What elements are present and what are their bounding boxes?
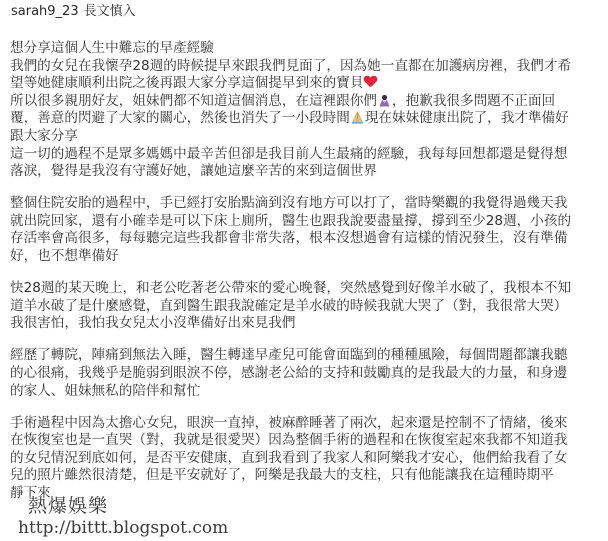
text-line: 快28週的某天晚上，和老公吃著老公帶來的愛心晚餐，突然感覺到好像羊水破了，我根本… [10,280,602,298]
text-line: 跟大家分享 [10,128,602,146]
text-segment: ，抱歉我很多問題不正面回 [392,93,555,109]
paragraph-1: 想分享這個人生中難忘的早產經驗 我們的女兒在我懷孕28週的時候提早來跟我們見面了… [10,40,602,181]
text-line: 就出院回家，還有小確幸是可以下床上廁所，醫生也跟我說要盡量撐，撐到至少28週，小… [10,213,602,231]
caption-intro: 長文慎入 [84,4,136,19]
text-line: 在恢復室也是一直哭（對，我就是很愛哭）因為整個手術的過程和在恢復室起來我都不知道… [10,432,602,450]
paragraph-5: 手術過程中因為太擔心女兒，眼淚一直掉，被麻醉睡著了兩次，起來還是控制不了情緒，後… [10,415,602,503]
text-line: 手術過程中因為太擔心女兒，眼淚一直掉，被麻醉睡著了兩次，起來還是控制不了情緒，後… [10,415,602,433]
text-line: 我們的女兒在我懷孕28週的時候提早來跟我們見面了，因為她一直都在加護病房裡，我們… [10,58,602,76]
username[interactable]: sarah9_23 [11,4,79,19]
paragraph-2: 整個住院安胎的過程中，手已經打安胎點滴到沒有地方可以打了，當時樂觀的我覺得過幾天… [10,195,602,265]
text-line: 我很害怕，我怕我女兒太小沒準備好出來見我們 [10,315,602,333]
text-line: 的心很痛，我幾乎是脆弱到眼淚不停，感謝老公給的支持和鼓勵真的是我最大的力量，和身… [10,365,602,383]
text-segment: 望等她健康順利出院之後再跟大家分享這個提早到來的寶貝 [10,75,363,91]
text-segment: 所以很多親朋好友，姐妹們都不知道這個消息，在這裡跟你們 [10,93,377,109]
text-segment: 覆，善意的閃避了大家的關心，然後也消失了一小段時間 [10,110,350,126]
text-line: 這一切的過程不是眾多媽媽中最辛苦但卻是我目前人生最痛的經驗，我每每回想都還是覺得… [10,146,602,164]
text-segment: 現在妹妹健康出院了，我才準備好 [365,110,569,126]
post-body: 想分享這個人生中難忘的早產經驗 我們的女兒在我懷孕28週的時候提早來跟我們見面了… [10,40,602,517]
post-screenshot: sarah9_23長文慎入 想分享這個人生中難忘的早產經驗 我們的女兒在我懷孕2… [0,0,608,541]
watermark-url: http://bittt.blogspot.com [18,518,228,538]
paragraph-3: 快28週的某天晚上，和老公吃著老公帶來的愛心晚餐，突然感覺到好像羊水破了，我根本… [10,280,602,333]
paragraph-4: 經歷了轉院，陣痛到無法入睡，醫生轉達早產兒可能會面臨到的種種風險，每個問題都讓我… [10,347,602,400]
text-line: 靜下來 [10,485,602,503]
text-line-with-heart: 望等她健康順利出院之後再跟大家分享這個提早到來的寶貝 [10,75,602,93]
text-line-with-emoji: 所以很多親朋好友，姐妹們都不知道這個消息，在這裡跟你們，抱歉我很多問題不正面回 [10,93,602,111]
folded-hands-icon [351,111,364,124]
text-line: 想分享這個人生中難忘的早產經驗 [10,40,602,58]
person-bowing-icon [378,94,391,107]
text-line: 好，也不想準備好 [10,248,602,266]
post-header: sarah9_23長文慎入 [11,3,136,21]
text-line: 的家人、姐妹無私的陪伴和幫忙 [10,383,602,401]
text-line: 經歷了轉院，陣痛到無法入睡，醫生轉達早產兒可能會面臨到的種種風險，每個問題都讓我… [10,347,602,365]
text-line: 落淚，覺得是我沒有守護好她，讓她這麼辛苦的來到這個世界 [10,163,602,181]
red-heart-icon [364,76,377,88]
text-line: 整個住院安胎的過程中，手已經打安胎點滴到沒有地方可以打了，當時樂觀的我覺得過幾天… [10,195,602,213]
text-line: 道羊水破了是什麼感覺，直到醫生跟我說確定是羊水破的時候我就大哭了（對，我很常大哭… [10,298,602,316]
text-line-with-emoji: 覆，善意的閃避了大家的關心，然後也消失了一小段時間現在妹妹健康出院了，我才準備好 [10,110,602,128]
text-line: 兒的照片雖然很清楚，但是平安就好了，阿樂是我最大的支柱，只有他能讓我在這種時期平 [10,467,602,485]
text-line: 存活率會高很多，每每聽完這些我都會非常失落，根本沒想過會有這樣的情況發生，沒有準… [10,230,602,248]
text-line: 的女兒情況到底如何，是否平安健康，直到我看到了我家人和阿樂我才安心，他們給我看了… [10,450,602,468]
